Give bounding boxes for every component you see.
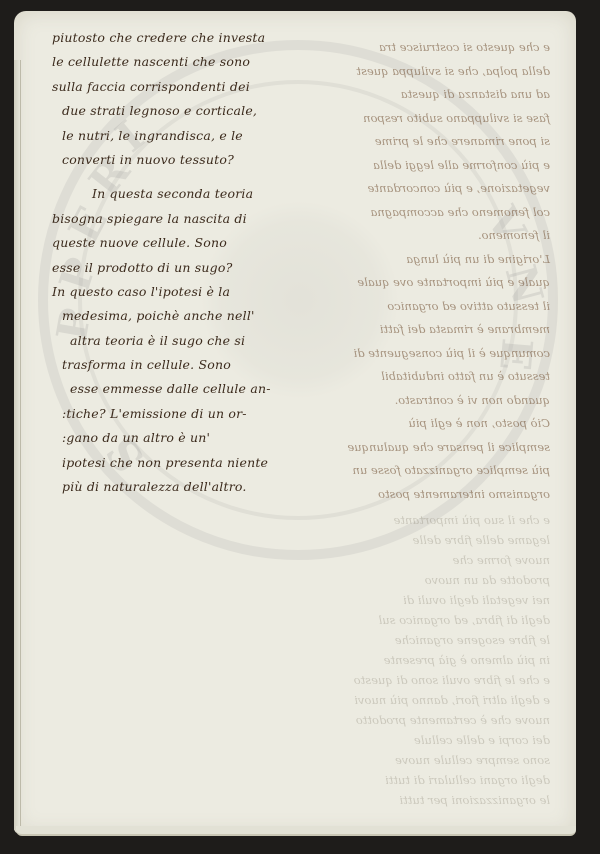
recto-handwritten-text: piutosto che credere che investa le cell… — [52, 26, 302, 499]
verso-line: comunque è il più conseguente di — [300, 342, 550, 366]
text-line: trasforma in cellule. Sono — [52, 353, 302, 377]
verso-line: quando non vi è contrasto. — [300, 389, 550, 413]
verso-line: nuove che è certamente prodotto — [300, 710, 550, 730]
text-line: In questa seconda teoria — [52, 182, 302, 206]
verso-line: sono sempre cellule nuove — [300, 750, 550, 770]
verso-line: e che questo si costruisce tra — [300, 36, 550, 60]
verso-line: degli di fibra, ed organico sul — [300, 610, 550, 630]
verso-line: e degli altri fiori, danno più nuovi — [300, 690, 550, 710]
paper-deckle-edge-bottom — [16, 826, 576, 836]
verso-line: e che il suo più importante — [300, 510, 550, 530]
verso-line: semplice il pensare che qualunque — [300, 436, 550, 460]
verso-line: Ciò posto, non è egli più — [300, 412, 550, 436]
verso-line: più semplice organizzato fosse un — [300, 459, 550, 483]
verso-line: membrane è rimasta dei fatti — [300, 318, 550, 342]
text-line: più di naturalezza dell'altro. — [52, 475, 302, 499]
text-line: ipotesi che non presenta niente — [52, 451, 302, 475]
text-line: le cellulette nascenti che sono — [52, 50, 302, 74]
verso-line: tessuto è un fatto indubitabil — [300, 365, 550, 389]
verso-line: nuove forme che — [300, 550, 550, 570]
verso-line: e più conforme alle leggi della — [300, 154, 550, 178]
text-line: due strati legnoso e corticale, — [52, 99, 302, 123]
text-line: le nutri, le ingrandisca, e le — [52, 124, 302, 148]
verso-line: il tessuto attivo ed organico — [300, 295, 550, 319]
text-line: :tiche? L'emissione di un or- — [52, 402, 302, 426]
text-line: piutosto che credere che investa — [52, 26, 302, 50]
verso-line: organismo interamente posto — [300, 483, 550, 507]
verso-line: il fenomeno. — [300, 224, 550, 248]
verso-bleed-through-upper: e che questo si costruisce tra della pol… — [300, 36, 550, 506]
text-line: medesima, poichè anche nell' — [52, 304, 302, 328]
verso-line: si pone rimanere che le prime — [300, 130, 550, 154]
verso-line: nei vegetali degli ovuli di — [300, 590, 550, 610]
verso-line: vegetazione, e più concordante — [300, 177, 550, 201]
text-line: In questo caso l'ipotesi è la — [52, 280, 302, 304]
verso-line: col fenomeno che accompagna — [300, 201, 550, 225]
scan-background-right — [576, 0, 600, 854]
verso-line: quale e più importante ove quale — [300, 271, 550, 295]
text-line: esse emmesse dalle cellule an- — [52, 377, 302, 401]
verso-line: dei corpi e delle cellule — [300, 730, 550, 750]
paper-deckle-edge-left — [14, 60, 21, 830]
verso-line: fase si sviluppano subito respon — [300, 107, 550, 131]
text-line: sulla faccia corrispondenti dei — [52, 75, 302, 99]
verso-line: in più almeno è già presente — [300, 650, 550, 670]
text-line: altra teoria è il sugo che si — [52, 329, 302, 353]
verso-line: le organizzazioni per tutti — [300, 790, 550, 810]
verso-line: e che le fibre ovuli sono di questo — [300, 670, 550, 690]
verso-line: degli organi cellulari di tutti — [300, 770, 550, 790]
verso-line: prodotte da un nuovo — [300, 570, 550, 590]
text-line: bisogna spiegare la nascita di — [52, 207, 302, 231]
verso-line: L'origine di un più lunga — [300, 248, 550, 272]
text-line: esse il prodotto di un sugo? — [52, 256, 302, 280]
text-line: queste nuove cellule. Sono — [52, 231, 302, 255]
verso-line: le fibre esogene organiche — [300, 630, 550, 650]
verso-bleed-through-lower: e che il suo più importante legame delle… — [300, 510, 550, 810]
verso-line: ad una distanza di questa — [300, 83, 550, 107]
text-line: :gano da un altro è un' — [52, 426, 302, 450]
verso-line: della polpa, che si sviluppa quest — [300, 60, 550, 84]
manuscript-scan: P P E R I V N E S e che questo si costru… — [0, 0, 600, 854]
text-line: converti in nuovo tessuto? — [52, 148, 302, 172]
verso-line: legame delle fibre delle — [300, 530, 550, 550]
